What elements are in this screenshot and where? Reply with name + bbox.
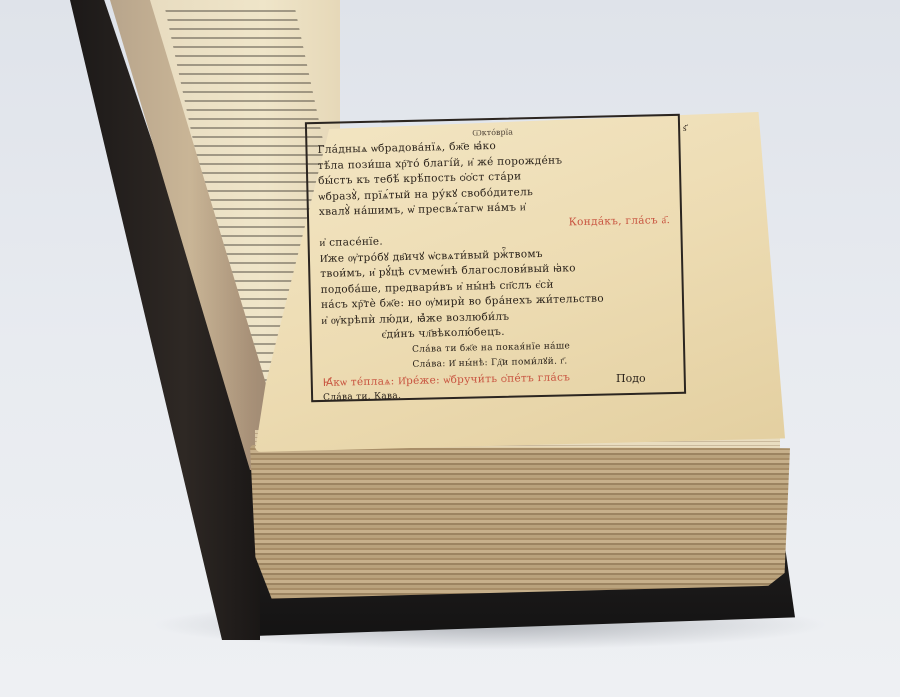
printed-text-frame: Ѡкто́врїа Гла́дныѧ ѡбрадова́нїѧ, бж҃е ꙗ҆…: [305, 114, 686, 402]
text-block-fore-edge: [250, 445, 790, 605]
photo-scene: Ѡкто́врїа Гла́дныѧ ѡбрадова́нїѧ, бж҃е ꙗ҆…: [0, 0, 900, 697]
catchword: Подо: [616, 372, 646, 385]
page-marker: ѕ҃: [683, 123, 687, 134]
